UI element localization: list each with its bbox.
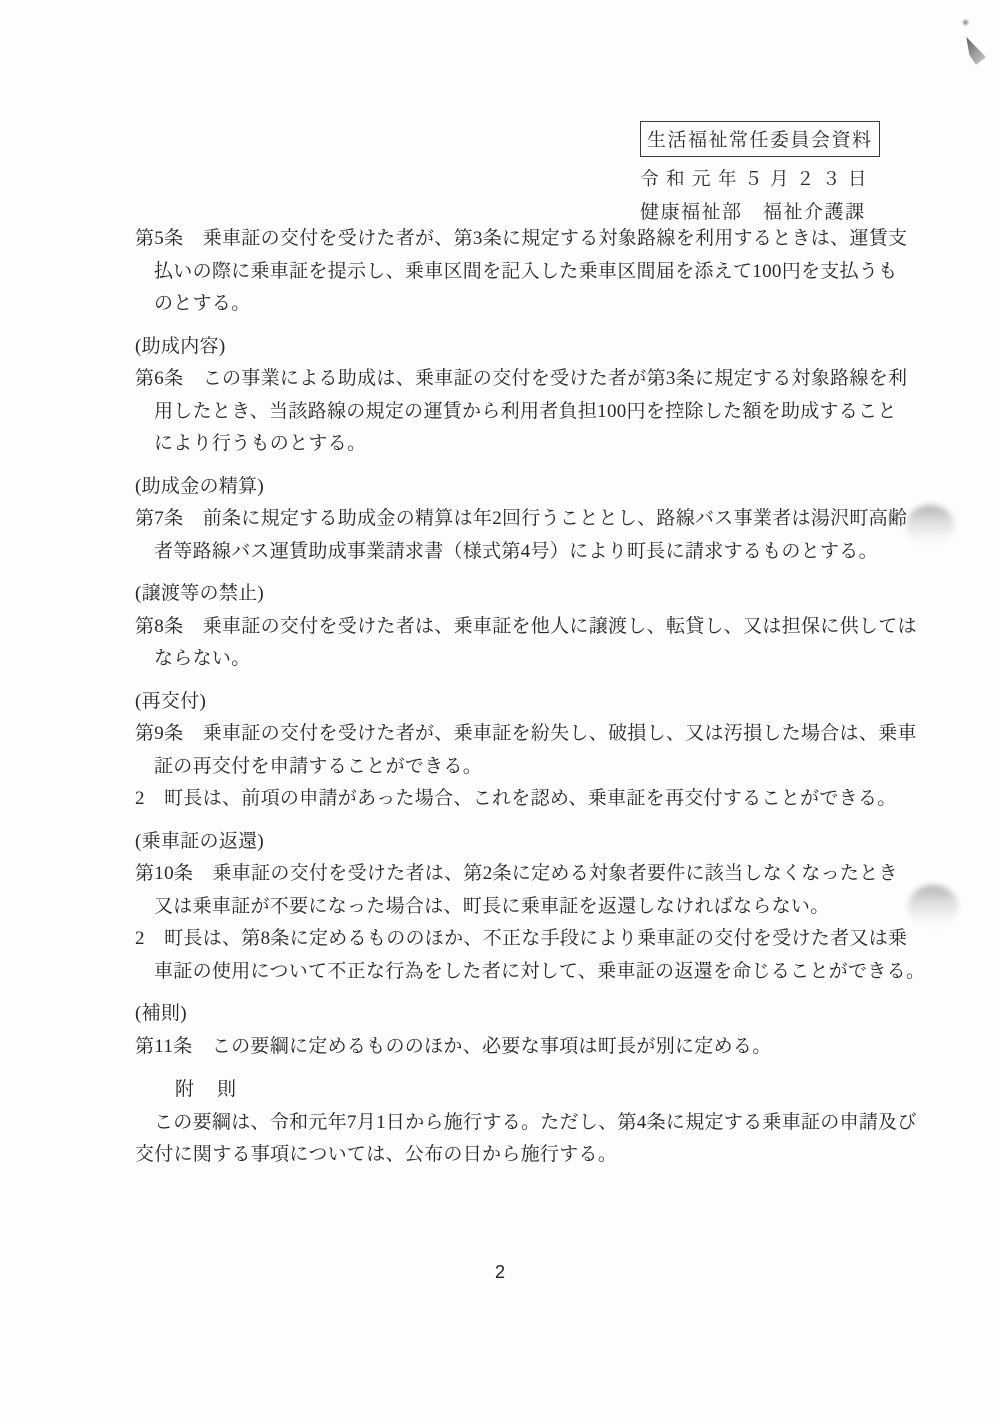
text-line: 第6条 この事業による助成は、乗車証の交付を受けた者が第3条に規定する対象路線を… [135, 363, 895, 396]
pen-stroke-artifact [962, 37, 986, 65]
text-line: 者等路線バス運賃助成事業請求書（様式第4号）により町長に請求するものとする。 [135, 536, 895, 569]
text-line: この要綱は、令和元年7月1日から施行する。ただし、第4条に規定する乗車証の申請及… [135, 1107, 895, 1140]
text-line: 払いの際に乗車証を提示し、乗車区間を記入した乗車区間届を添えて100円を支払うも [135, 256, 895, 289]
page-number: 2 [0, 1262, 1000, 1283]
text-line: のとする。 [135, 288, 895, 321]
section-heading: (補則) [135, 998, 895, 1031]
text-line: 第8条 乗車証の交付を受けた者は、乗車証を他人に譲渡し、転貸し、又は担保に供して… [135, 611, 895, 644]
section-heading: (助成金の精算) [135, 471, 895, 504]
supplementary-provisions-title: 附 則 [135, 1074, 895, 1107]
text-line: 又は乗車証が不要になった場合は、町長に乗車証を返還しなければならない。 [135, 891, 895, 924]
text-line: により行うものとする。 [135, 428, 895, 461]
scan-smudge-artifact [906, 505, 954, 547]
department-name: 健康福祉部 福祉介護課 [640, 197, 880, 224]
text-line: 第9条 乗車証の交付を受けた者が、乗車証を紛失し、破損し、又は汚損した場合は、乗… [135, 718, 895, 751]
document-body: 第5条 乗車証の交付を受けた者が、第3条に規定する対象路線を利用するときは、運賃… [135, 223, 895, 1172]
scan-smudge-artifact [908, 885, 958, 929]
text-line: ならない。 [135, 643, 895, 676]
section-heading: (再交付) [135, 686, 895, 719]
text-line: 交付に関する事項については、公布の日から施行する。 [135, 1139, 895, 1172]
text-line: 第10条 乗車証の交付を受けた者は、第2条に定める対象者要件に該当しなくなったと… [135, 858, 895, 891]
document-date: 令和元年５月２３日 [640, 165, 880, 191]
section-heading: (助成内容) [135, 331, 895, 364]
document-page: 生活福祉常任委員会資料 令和元年５月２３日 健康福祉部 福祉介護課 第5条 乗車… [0, 0, 1000, 1424]
section-heading: (乗車証の返還) [135, 826, 895, 859]
text-line: 用したとき、当該路線の規定の運賃から利用者負担100円を控除した額を助成すること [135, 396, 895, 429]
text-line: 車証の使用について不正な行為をした者に対して、乗車証の返還を命じることができる。 [135, 956, 895, 989]
committee-title-box: 生活福祉常任委員会資料 [640, 121, 880, 157]
document-header: 生活福祉常任委員会資料 令和元年５月２３日 健康福祉部 福祉介護課 [640, 121, 880, 224]
text-line: 第7条 前条に規定する助成金の精算は年2回行うこととし、路線バス事業者は湯沢町高… [135, 503, 895, 536]
text-line: 2 町長は、前項の申請があった場合、これを認め、乗車証を再交付することができる。 [135, 783, 895, 816]
ink-dot-artifact [963, 20, 968, 25]
text-line: 第11条 この要綱に定めるもののほか、必要な事項は町長が別に定める。 [135, 1031, 895, 1064]
text-line: 第5条 乗車証の交付を受けた者が、第3条に規定する対象路線を利用するときは、運賃… [135, 223, 895, 256]
section-heading: (譲渡等の禁止) [135, 578, 895, 611]
text-line: 証の再交付を申請することができる。 [135, 751, 895, 784]
text-line: 2 町長は、第8条に定めるもののほか、不正な手段により乗車証の交付を受けた者又は… [135, 923, 895, 956]
